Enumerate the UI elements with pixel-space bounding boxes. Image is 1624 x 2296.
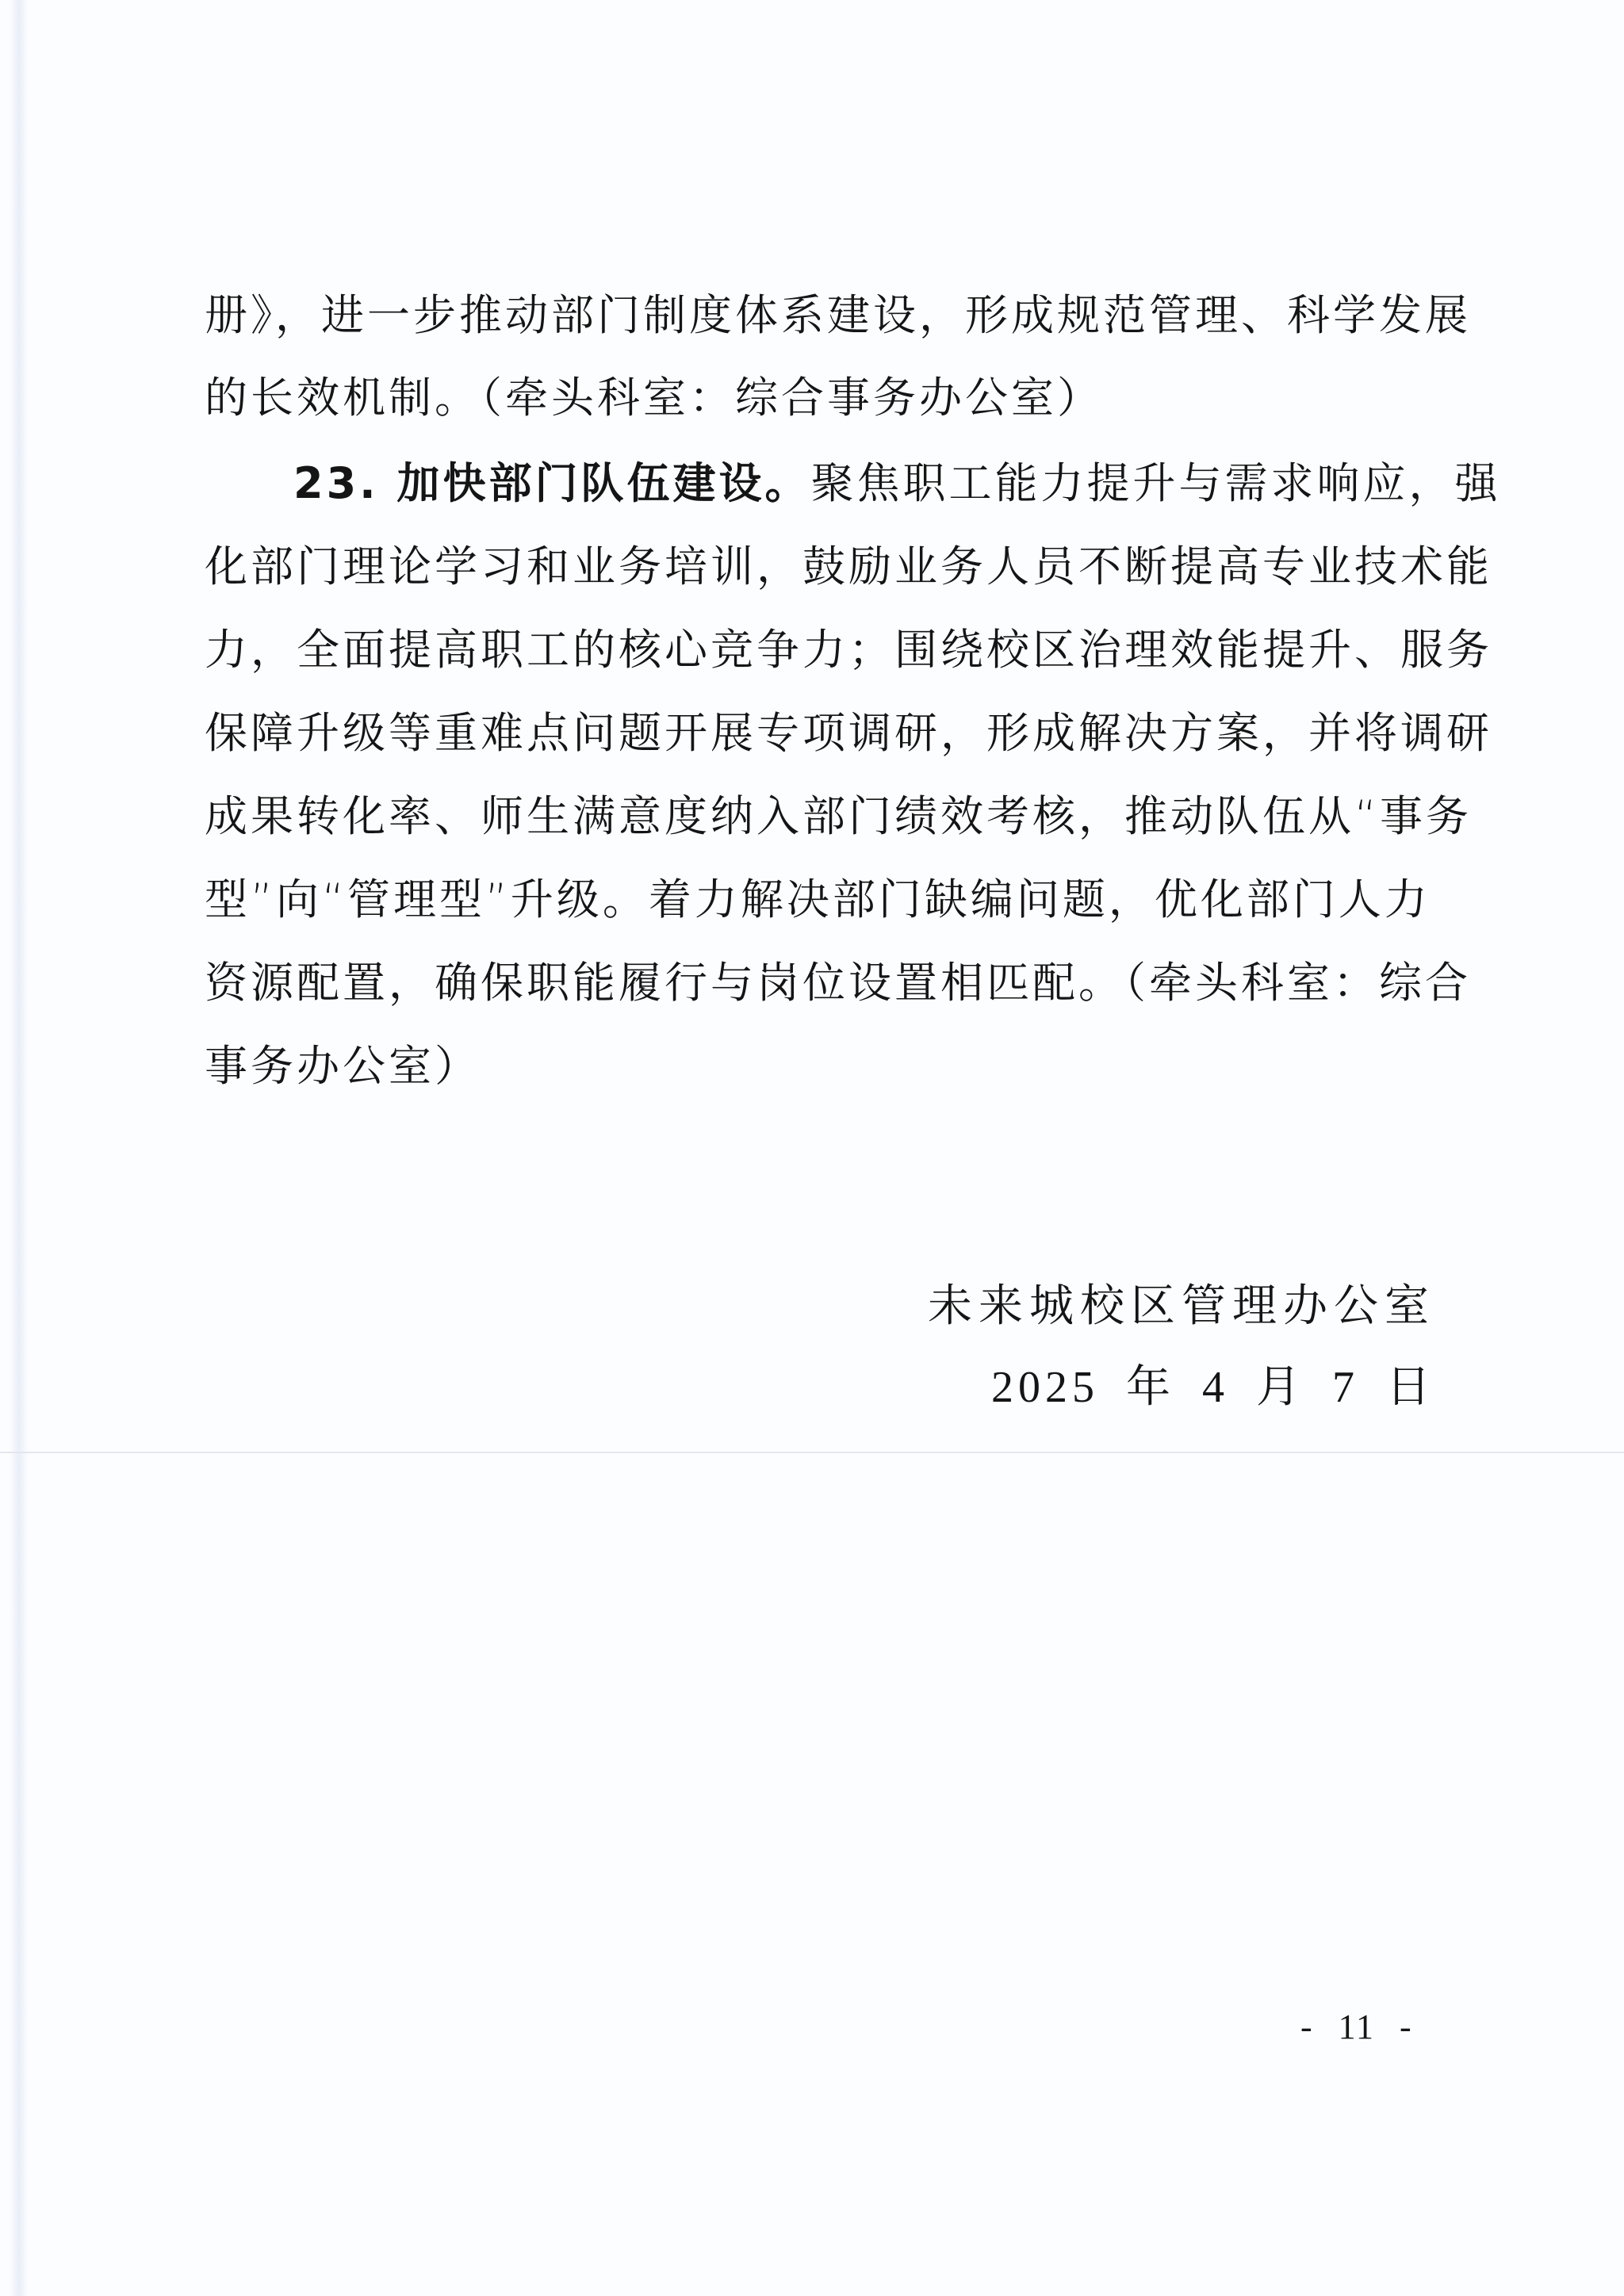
body-text-line: 的长效机制。（牵头科室：综合事务办公室）	[205, 366, 1426, 430]
body-text-line: 型”向“管理型”升级。着力解决部门缺编问题，优化部门人力	[205, 868, 1426, 932]
body-text-line: 资源配置，确保职能履行与岗位设置相匹配。（牵头科室：综合	[205, 951, 1426, 1015]
signature-organization: 未来城校区管理办公室	[928, 1275, 1435, 1338]
item-23-heading: 23. 加快部门队伍建设。	[293, 458, 810, 508]
body-text-line: 化部门理论学习和业务培训，鼓励业务人员不断提高专业技术能	[205, 535, 1426, 599]
scan-edge-shade	[10, 0, 29, 2296]
body-text-line: 事务办公室）	[205, 1035, 1426, 1098]
body-text-line: 册》，进一步推动部门制度体系建设，形成规范管理、科学发展	[205, 284, 1426, 347]
document-page: 册》，进一步推动部门制度体系建设，形成规范管理、科学发展 的长效机制。（牵头科室…	[0, 0, 1624, 2296]
page-number: - 11 -	[1300, 1999, 1413, 2055]
body-text-line: 力，全面提高职工的核心竞争力；围绕校区治理效能提升、服务	[205, 618, 1426, 682]
item-23-text: 聚焦职工能力提升与需求响应，强	[810, 458, 1500, 508]
body-text-line: 保障升级等重难点问题开展专项调研，形成解决方案，并将调研	[205, 702, 1426, 765]
paper-fold-line	[0, 1452, 1624, 1453]
signature-date: 2025 年 4 月 7 日	[991, 1356, 1435, 1419]
body-text-line: 成果转化率、师生满意度纳入部门绩效考核，推动队伍从“事务	[205, 785, 1426, 848]
item-23-first-line: 23. 加快部门队伍建设。聚焦职工能力提升与需求响应，强	[293, 452, 1426, 515]
